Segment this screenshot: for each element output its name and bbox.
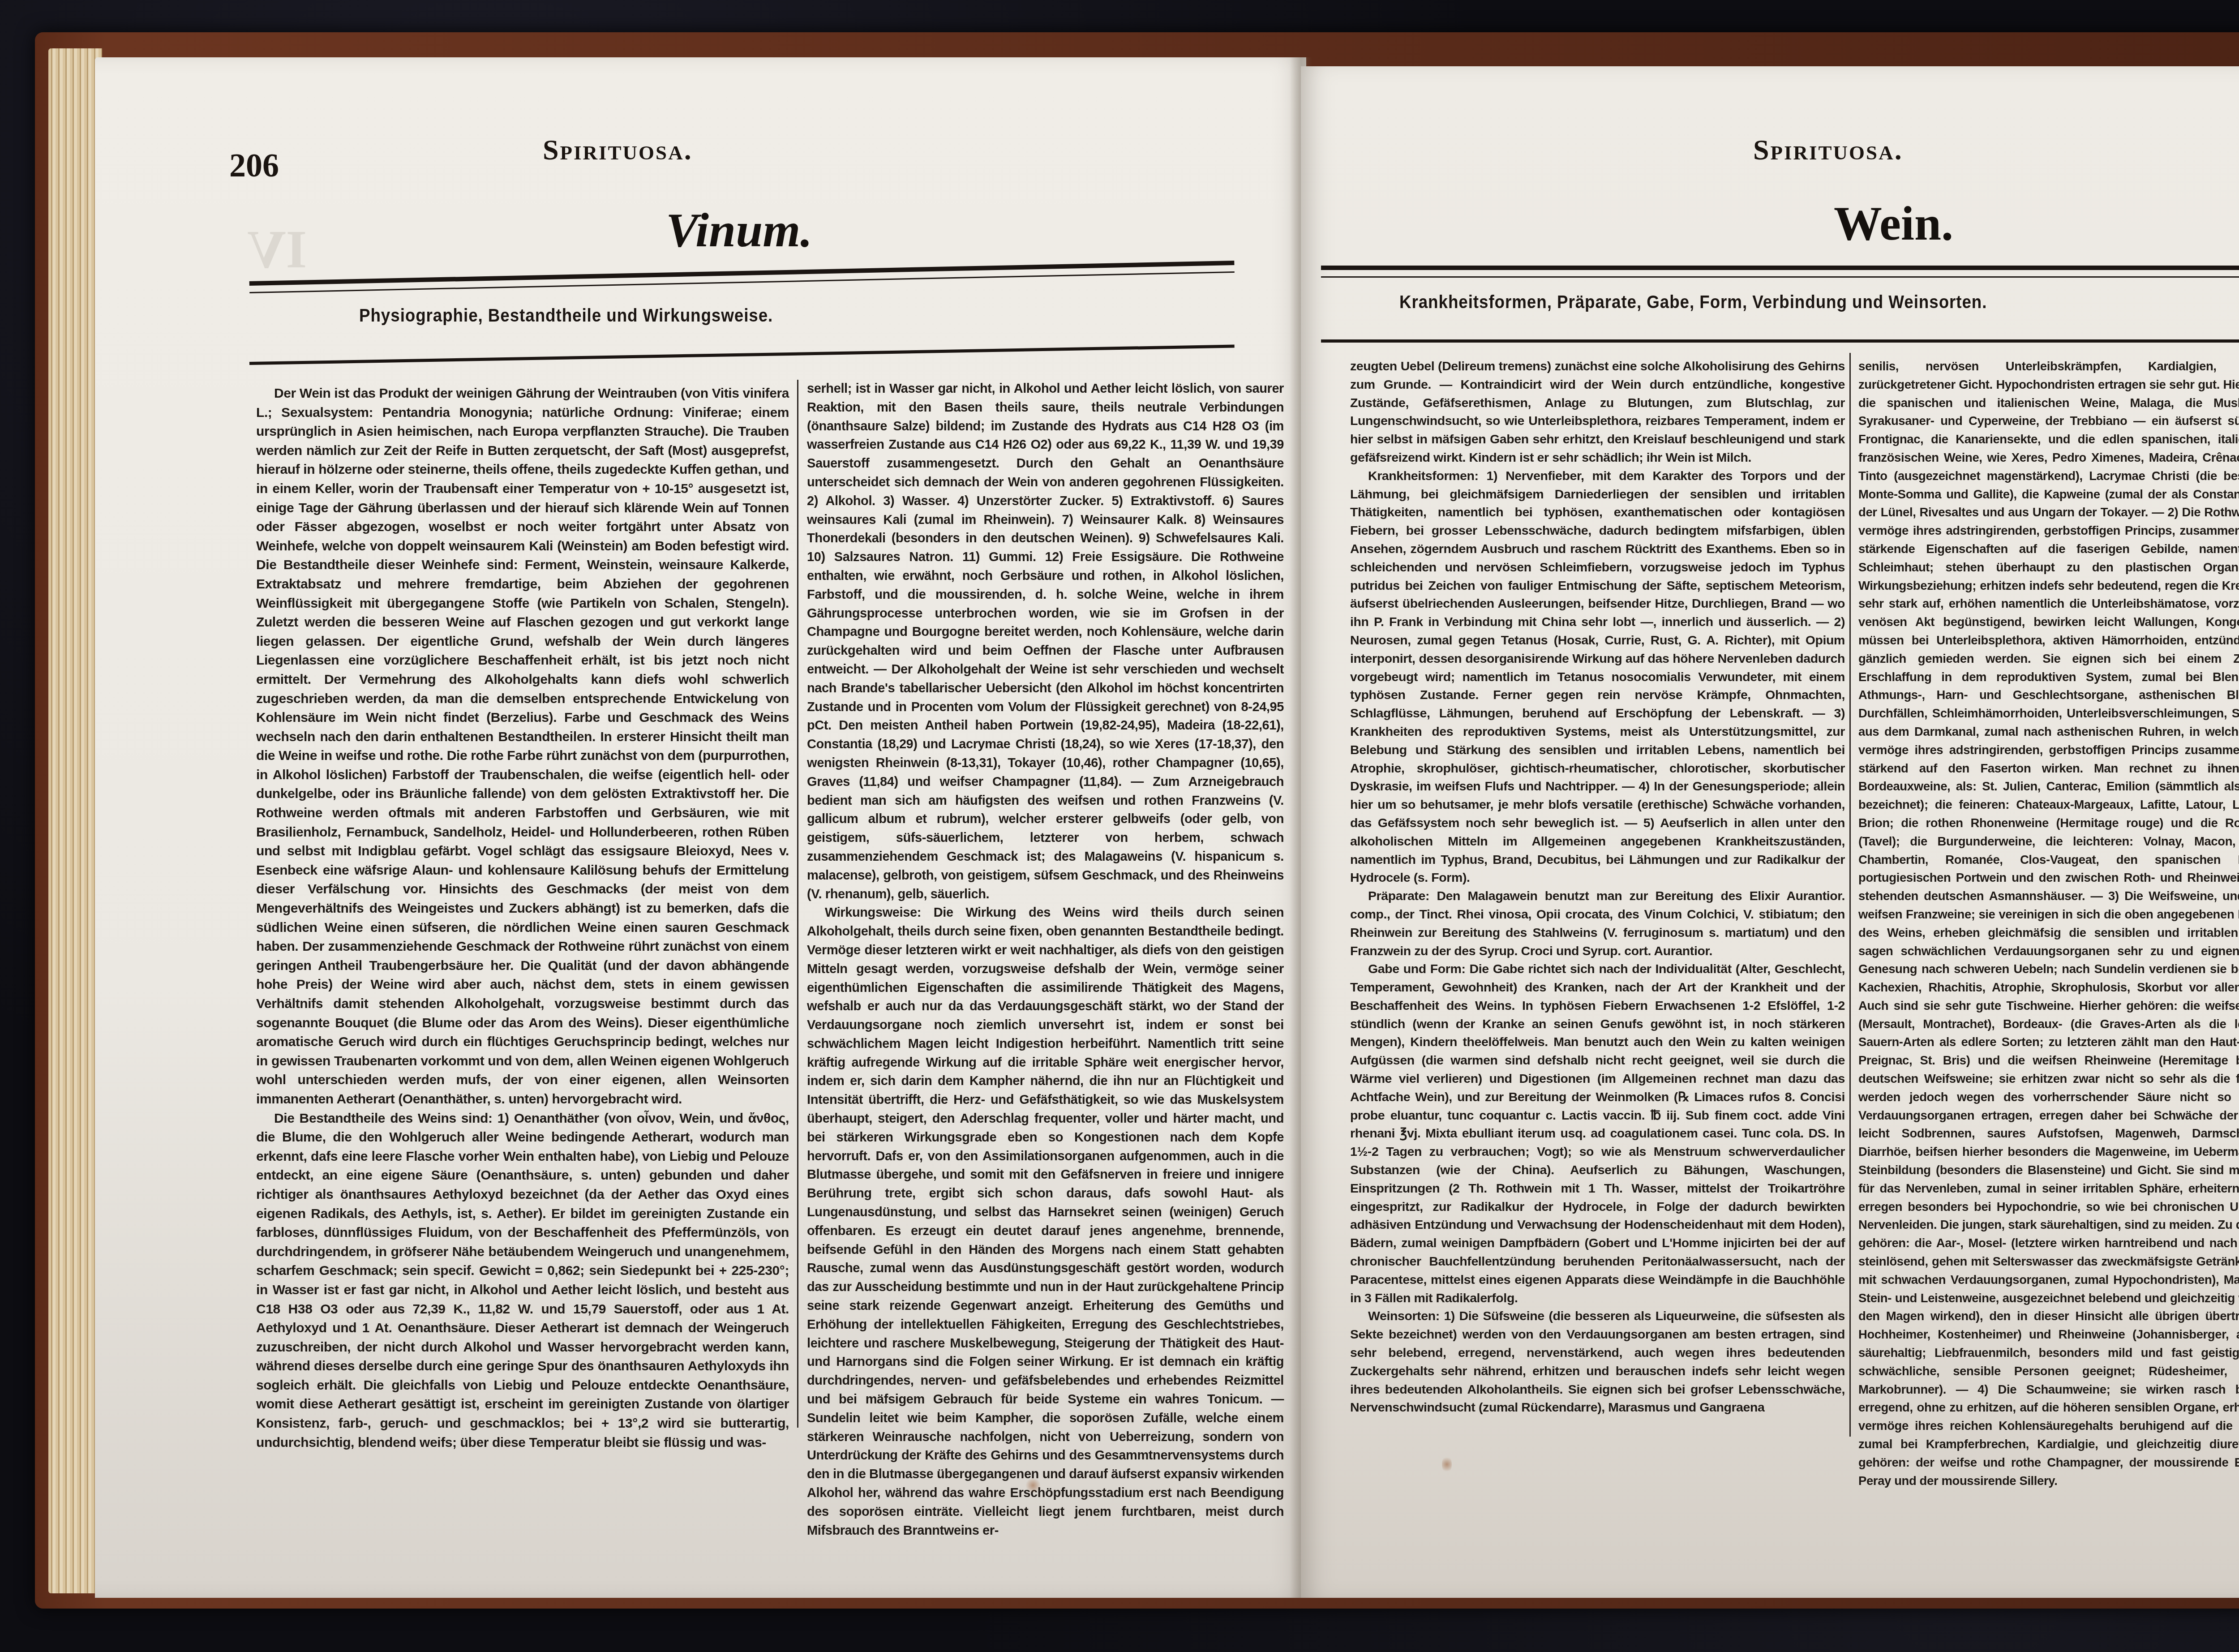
text-column-1: zeugten Uebel (Delireum tremens) zunächs… — [1350, 357, 1845, 1417]
paragraph: Weinsorten: 1) Die Süfsweine (die besser… — [1350, 1307, 1845, 1417]
paragraph: Präparate: Den Malagawein benutzt man zu… — [1350, 887, 1845, 960]
column-divider — [1849, 353, 1851, 1437]
right-page: 207 Spirituosa. Wein. Krankheitsformen, … — [1301, 66, 2239, 1598]
subtitle-rule — [249, 345, 1235, 365]
article-title: Vinum. — [666, 203, 812, 258]
paragraph: zeugten Uebel (Delireum tremens) zunächs… — [1350, 357, 1845, 467]
header-double-rule — [249, 261, 1235, 293]
paragraph: Der Wein ist das Produkt der weinigen Gä… — [256, 384, 789, 1109]
header-double-rule — [1321, 266, 2239, 278]
article-title: Wein. — [1834, 196, 1953, 252]
foxing-stain — [1025, 1478, 1041, 1493]
column-divider — [797, 380, 798, 1428]
show-through-text: IV — [247, 219, 307, 280]
paragraph: serhell; ist in Wasser gar nicht, in Alk… — [807, 380, 1284, 904]
paragraph: Die Bestandtheile des Weins sind: 1) Oen… — [256, 1109, 789, 1453]
text-column-2: senilis, nervösen Unterleibskrämpfen, Ka… — [1858, 357, 2239, 1490]
paragraph: Gabe und Form: Die Gabe richtet sich nac… — [1350, 960, 1845, 1307]
running-head: Spirituosa. — [1753, 133, 1903, 167]
subtitle-rule — [1321, 339, 2239, 343]
paragraph: Krankheitsformen: 1) Nervenfieber, mit d… — [1350, 467, 1845, 887]
text-column-1: Der Wein ist das Produkt der weinigen Gä… — [256, 384, 789, 1452]
paragraph: Wirkungsweise: Die Wirkung des Weins wir… — [807, 904, 1284, 1540]
section-subtitle: Physiographie, Bestandtheile und Wirkung… — [359, 306, 773, 326]
text-column-2: serhell; ist in Wasser gar nicht, in Alk… — [807, 380, 1284, 1540]
paragraph: senilis, nervösen Unterleibskrämpfen, Ka… — [1858, 357, 2239, 1490]
page-block-edge-left — [48, 48, 102, 1593]
running-head: Spirituosa. — [543, 133, 693, 167]
left-page: IV 206 Spirituosa. Vinum. Physiographie,… — [95, 57, 1306, 1598]
section-subtitle: Krankheitsformen, Präparate, Gabe, Form,… — [1399, 292, 1987, 313]
foxing-stain — [1442, 1455, 1452, 1473]
page-number: 206 — [229, 147, 279, 185]
